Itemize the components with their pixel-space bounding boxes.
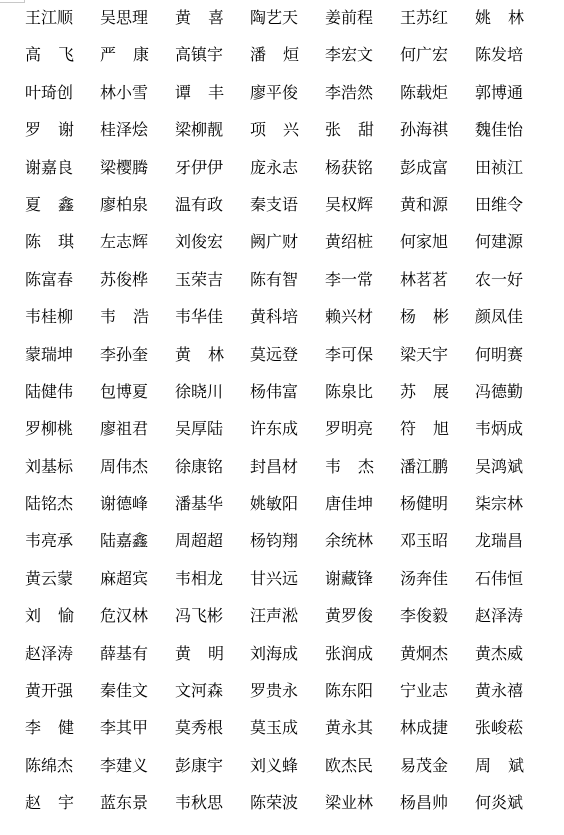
given-name: 杰 bbox=[358, 455, 374, 479]
name-entry: 周斌 bbox=[475, 754, 550, 791]
full-name: 柒宗林 bbox=[475, 492, 523, 516]
name-entry: 潘烜 bbox=[250, 43, 325, 80]
name-entry: 余统林 bbox=[325, 529, 400, 566]
name-entry: 龙瑞昌 bbox=[475, 529, 550, 566]
surname: 陈 bbox=[25, 230, 41, 254]
name-entry: 杨昌帅 bbox=[400, 791, 475, 828]
full-name: 龙瑞昌 bbox=[475, 529, 523, 553]
full-name: 何家旭 bbox=[400, 230, 448, 254]
full-name: 林成捷 bbox=[400, 716, 448, 740]
name-entry: 严康 bbox=[100, 43, 175, 80]
name-entry: 韦相龙 bbox=[175, 567, 250, 604]
full-name: 吴权辉 bbox=[325, 193, 373, 217]
full-name: 张峻菘 bbox=[475, 716, 523, 740]
full-name: 黄永其 bbox=[325, 716, 373, 740]
surname: 韦 bbox=[325, 455, 341, 479]
full-name: 吴思理 bbox=[100, 6, 148, 30]
full-name: 桂泽烩 bbox=[100, 118, 148, 142]
full-name: 左志辉 bbox=[100, 230, 148, 254]
name-two-char: 潘烜 bbox=[250, 43, 299, 67]
surname: 黄 bbox=[175, 343, 191, 367]
name-entry: 陈荣波 bbox=[250, 791, 325, 828]
name-entry: 林成捷 bbox=[400, 716, 475, 753]
full-name: 林小雪 bbox=[100, 81, 148, 105]
full-name: 黄杰威 bbox=[475, 642, 523, 666]
full-name: 黄炯杰 bbox=[400, 642, 448, 666]
full-name: 韦相龙 bbox=[175, 567, 223, 591]
name-entry: 梁柳靓 bbox=[175, 118, 250, 155]
name-entry: 吴思理 bbox=[100, 6, 175, 43]
surname: 夏 bbox=[25, 193, 41, 217]
name-two-char: 苏展 bbox=[400, 380, 449, 404]
full-name: 莫玉成 bbox=[250, 716, 298, 740]
given-name: 林 bbox=[508, 6, 524, 30]
full-name: 易茂金 bbox=[400, 754, 448, 778]
name-entry: 周超超 bbox=[175, 529, 250, 566]
full-name: 汪声淞 bbox=[250, 604, 298, 628]
name-two-char: 严康 bbox=[100, 43, 149, 67]
name-two-char: 高飞 bbox=[25, 43, 74, 67]
full-name: 麻超宾 bbox=[100, 567, 148, 591]
name-two-char: 项兴 bbox=[250, 118, 299, 142]
full-name: 潘江鹏 bbox=[400, 455, 448, 479]
name-entry: 封昌材 bbox=[250, 455, 325, 492]
name-entry: 李宏文 bbox=[325, 43, 400, 80]
name-two-char: 谭丰 bbox=[175, 81, 224, 105]
surname: 周 bbox=[475, 754, 491, 778]
surname: 杨 bbox=[400, 305, 416, 329]
full-name: 危汉林 bbox=[100, 604, 148, 628]
name-entry: 廖平俊 bbox=[250, 81, 325, 118]
full-name: 李孙奎 bbox=[100, 343, 148, 367]
name-entry: 吴厚陆 bbox=[175, 417, 250, 454]
name-entry: 陈富春 bbox=[25, 268, 100, 305]
name-entry: 蒙瑞坤 bbox=[25, 343, 100, 380]
full-name: 孙海祺 bbox=[400, 118, 448, 142]
full-name: 宁业志 bbox=[400, 679, 448, 703]
full-name: 秦佳文 bbox=[100, 679, 148, 703]
name-entry: 罗贵永 bbox=[250, 679, 325, 716]
name-entry: 陈发培 bbox=[475, 43, 550, 80]
name-two-char: 刘愉 bbox=[25, 604, 74, 628]
name-entry: 项兴 bbox=[250, 118, 325, 155]
full-name: 黄永禧 bbox=[475, 679, 523, 703]
full-name: 石伟恒 bbox=[475, 567, 523, 591]
full-name: 杨钧翔 bbox=[250, 529, 298, 553]
name-entry: 孙海祺 bbox=[400, 118, 475, 155]
name-entry: 陆健伟 bbox=[25, 380, 100, 417]
full-name: 陈载炬 bbox=[400, 81, 448, 105]
name-entry: 薛基有 bbox=[100, 642, 175, 679]
name-entry: 邓玉昭 bbox=[400, 529, 475, 566]
name-entry: 廖祖君 bbox=[100, 417, 175, 454]
name-entry: 冯德勤 bbox=[475, 380, 550, 417]
full-name: 杨健明 bbox=[400, 492, 448, 516]
full-name: 黄绍桩 bbox=[325, 230, 373, 254]
full-name: 许东成 bbox=[250, 417, 298, 441]
full-name: 苏俊桦 bbox=[100, 268, 148, 292]
full-name: 唐佳坤 bbox=[325, 492, 373, 516]
full-name: 甘兴远 bbox=[250, 567, 298, 591]
name-entry: 潘基华 bbox=[175, 492, 250, 529]
full-name: 何炎斌 bbox=[475, 791, 523, 815]
surname: 刘 bbox=[25, 604, 41, 628]
full-name: 韦秋思 bbox=[175, 791, 223, 815]
name-entry: 符旭 bbox=[400, 417, 475, 454]
name-entry: 农一好 bbox=[475, 268, 550, 305]
full-name: 梁业林 bbox=[325, 791, 373, 815]
name-entry: 牙伊伊 bbox=[175, 156, 250, 193]
full-name: 韦华佳 bbox=[175, 305, 223, 329]
full-name: 徐康铭 bbox=[175, 455, 223, 479]
name-two-char: 韦浩 bbox=[100, 305, 149, 329]
name-entry: 许东成 bbox=[250, 417, 325, 454]
name-entry: 彭康宇 bbox=[175, 754, 250, 791]
surname: 项 bbox=[250, 118, 266, 142]
name-two-char: 陈琪 bbox=[25, 230, 74, 254]
name-entry: 张润成 bbox=[325, 642, 400, 679]
full-name: 刘海成 bbox=[250, 642, 298, 666]
given-name: 展 bbox=[433, 380, 449, 404]
name-entry: 何家旭 bbox=[400, 230, 475, 267]
name-entry: 谢德峰 bbox=[100, 492, 175, 529]
name-entry: 夏鑫 bbox=[25, 193, 100, 230]
name-entry: 张甜 bbox=[325, 118, 400, 155]
name-entry: 陶艺天 bbox=[250, 6, 325, 43]
full-name: 黄科培 bbox=[250, 305, 298, 329]
surname: 谭 bbox=[175, 81, 191, 105]
name-entry: 宁业志 bbox=[400, 679, 475, 716]
name-entry: 颜凤佳 bbox=[475, 305, 550, 342]
given-name: 甜 bbox=[358, 118, 374, 142]
full-name: 李俊毅 bbox=[400, 604, 448, 628]
given-name: 兴 bbox=[283, 118, 299, 142]
name-entry: 何建源 bbox=[475, 230, 550, 267]
name-entry: 何明赛 bbox=[475, 343, 550, 380]
name-entry: 莫玉成 bbox=[250, 716, 325, 753]
surname: 韦 bbox=[100, 305, 116, 329]
name-entry: 莫秀根 bbox=[175, 716, 250, 753]
given-name: 喜 bbox=[208, 6, 224, 30]
full-name: 高镇宇 bbox=[175, 43, 223, 67]
name-two-char: 赵宇 bbox=[25, 791, 74, 815]
full-name: 姚敏阳 bbox=[250, 492, 298, 516]
name-entry: 高镇宇 bbox=[175, 43, 250, 80]
full-name: 吴厚陆 bbox=[175, 417, 223, 441]
name-entry: 姚林 bbox=[475, 6, 550, 43]
name-entry: 吴权辉 bbox=[325, 193, 400, 230]
name-entry: 李一常 bbox=[325, 268, 400, 305]
full-name: 杨伟富 bbox=[250, 380, 298, 404]
name-entry: 刘义蜂 bbox=[250, 754, 325, 791]
name-entry: 田维令 bbox=[475, 193, 550, 230]
full-name: 秦支语 bbox=[250, 193, 298, 217]
full-name: 郭博通 bbox=[475, 81, 523, 105]
name-entry: 黄科培 bbox=[250, 305, 325, 342]
full-name: 庞永志 bbox=[250, 156, 298, 180]
name-entry: 石伟恒 bbox=[475, 567, 550, 604]
name-two-char: 张甜 bbox=[325, 118, 374, 142]
name-entry: 秦支语 bbox=[250, 193, 325, 230]
name-entry: 陈绵杰 bbox=[25, 754, 100, 791]
given-name: 浩 bbox=[133, 305, 149, 329]
name-entry: 赵泽涛 bbox=[475, 604, 550, 641]
name-entry: 赵宇 bbox=[25, 791, 100, 828]
name-two-char: 黄喜 bbox=[175, 6, 224, 30]
name-entry: 阙广财 bbox=[250, 230, 325, 267]
full-name: 梁樱腾 bbox=[100, 156, 148, 180]
name-entry: 谢嘉良 bbox=[25, 156, 100, 193]
name-entry: 黄和源 bbox=[400, 193, 475, 230]
full-name: 赵泽涛 bbox=[25, 642, 73, 666]
name-entry: 梁樱腾 bbox=[100, 156, 175, 193]
name-entry: 李其甲 bbox=[100, 716, 175, 753]
full-name: 颜凤佳 bbox=[475, 305, 523, 329]
name-entry: 郭博通 bbox=[475, 81, 550, 118]
full-name: 何明赛 bbox=[475, 343, 523, 367]
name-entry: 黄喜 bbox=[175, 6, 250, 43]
full-name: 莫远登 bbox=[250, 343, 298, 367]
full-name: 罗贵永 bbox=[250, 679, 298, 703]
given-name: 鑫 bbox=[58, 193, 74, 217]
full-name: 陆嘉鑫 bbox=[100, 529, 148, 553]
name-entry: 赵泽涛 bbox=[25, 642, 100, 679]
name-entry: 易茂金 bbox=[400, 754, 475, 791]
full-name: 赖兴材 bbox=[325, 305, 373, 329]
surname: 严 bbox=[100, 43, 116, 67]
given-name: 健 bbox=[58, 716, 74, 740]
name-entry: 谭丰 bbox=[175, 81, 250, 118]
full-name: 阙广财 bbox=[250, 230, 298, 254]
name-entry: 左志辉 bbox=[100, 230, 175, 267]
name-entry: 徐晓川 bbox=[175, 380, 250, 417]
full-name: 吴鸿斌 bbox=[475, 455, 523, 479]
full-name: 张润成 bbox=[325, 642, 373, 666]
full-name: 黄开强 bbox=[25, 679, 73, 703]
full-name: 田维令 bbox=[475, 193, 523, 217]
name-entry: 陆铭杰 bbox=[25, 492, 100, 529]
full-name: 田祯江 bbox=[475, 156, 523, 180]
name-entry: 陆嘉鑫 bbox=[100, 529, 175, 566]
name-entry: 柒宗林 bbox=[475, 492, 550, 529]
name-entry: 汪声淞 bbox=[250, 604, 325, 641]
full-name: 姜前程 bbox=[325, 6, 373, 30]
name-entry: 张峻菘 bbox=[475, 716, 550, 753]
name-entry: 黄杰威 bbox=[475, 642, 550, 679]
full-name: 韦亮承 bbox=[25, 529, 73, 553]
name-entry: 刘俊宏 bbox=[175, 230, 250, 267]
name-entry: 陈琪 bbox=[25, 230, 100, 267]
surname: 黄 bbox=[175, 642, 191, 666]
given-name: 旭 bbox=[433, 417, 449, 441]
name-entry: 欧杰民 bbox=[325, 754, 400, 791]
name-entry: 黄永禧 bbox=[475, 679, 550, 716]
name-entry: 周伟杰 bbox=[100, 455, 175, 492]
given-name: 康 bbox=[133, 43, 149, 67]
full-name: 文河森 bbox=[175, 679, 223, 703]
name-entry: 赖兴材 bbox=[325, 305, 400, 342]
given-name: 烜 bbox=[283, 43, 299, 67]
full-name: 蒙瑞坤 bbox=[25, 343, 73, 367]
name-two-char: 韦杰 bbox=[325, 455, 374, 479]
given-name: 明 bbox=[208, 642, 224, 666]
full-name: 刘俊宏 bbox=[175, 230, 223, 254]
name-entry: 罗柳桃 bbox=[25, 417, 100, 454]
full-name: 李可保 bbox=[325, 343, 373, 367]
name-entry: 黄林 bbox=[175, 343, 250, 380]
name-entry: 刘愉 bbox=[25, 604, 100, 641]
full-name: 包博夏 bbox=[100, 380, 148, 404]
name-entry: 徐康铭 bbox=[175, 455, 250, 492]
name-entry: 黄罗俊 bbox=[325, 604, 400, 641]
name-entry: 刘基标 bbox=[25, 455, 100, 492]
name-entry: 唐佳坤 bbox=[325, 492, 400, 529]
name-entry: 包博夏 bbox=[100, 380, 175, 417]
full-name: 杨昌帅 bbox=[400, 791, 448, 815]
surname: 黄 bbox=[175, 6, 191, 30]
name-entry: 王江顺 bbox=[25, 6, 100, 43]
name-entry: 蓝东景 bbox=[100, 791, 175, 828]
name-two-char: 黄林 bbox=[175, 343, 224, 367]
name-entry: 罗明亮 bbox=[325, 417, 400, 454]
name-entry: 黄永其 bbox=[325, 716, 400, 753]
name-entry: 莫远登 bbox=[250, 343, 325, 380]
full-name: 廖祖君 bbox=[100, 417, 148, 441]
full-name: 潘基华 bbox=[175, 492, 223, 516]
full-name: 陈绵杰 bbox=[25, 754, 73, 778]
given-name: 斌 bbox=[508, 754, 524, 778]
full-name: 陈荣波 bbox=[250, 791, 298, 815]
name-entry: 李健 bbox=[25, 716, 100, 753]
name-entry: 苏展 bbox=[400, 380, 475, 417]
name-entry: 刘海成 bbox=[250, 642, 325, 679]
given-name: 愉 bbox=[58, 604, 74, 628]
full-name: 陈有智 bbox=[250, 268, 298, 292]
name-entry: 李俊毅 bbox=[400, 604, 475, 641]
full-name: 何广宏 bbox=[400, 43, 448, 67]
name-entry: 梁业林 bbox=[325, 791, 400, 828]
name-entry: 杨彬 bbox=[400, 305, 475, 342]
full-name: 林茗茗 bbox=[400, 268, 448, 292]
given-name: 飞 bbox=[58, 43, 74, 67]
full-name: 谢德峰 bbox=[100, 492, 148, 516]
name-entry: 杨健明 bbox=[400, 492, 475, 529]
name-entry: 黄炯杰 bbox=[400, 642, 475, 679]
surname: 罗 bbox=[25, 118, 41, 142]
name-entry: 吴鸿斌 bbox=[475, 455, 550, 492]
full-name: 周伟杰 bbox=[100, 455, 148, 479]
surname: 符 bbox=[400, 417, 416, 441]
name-entry: 李可保 bbox=[325, 343, 400, 380]
name-entry: 文河森 bbox=[175, 679, 250, 716]
full-name: 邓玉昭 bbox=[400, 529, 448, 553]
given-name: 谢 bbox=[58, 118, 74, 142]
given-name: 林 bbox=[208, 343, 224, 367]
name-entry: 廖柏泉 bbox=[100, 193, 175, 230]
name-two-char: 李健 bbox=[25, 716, 74, 740]
name-entry: 李浩然 bbox=[325, 81, 400, 118]
full-name: 赵泽涛 bbox=[475, 604, 523, 628]
full-name: 韦桂柳 bbox=[25, 305, 73, 329]
surname: 潘 bbox=[250, 43, 266, 67]
name-entry: 韦亮承 bbox=[25, 529, 100, 566]
surname: 赵 bbox=[25, 791, 41, 815]
name-entry: 林小雪 bbox=[100, 81, 175, 118]
name-entry: 林茗茗 bbox=[400, 268, 475, 305]
name-entry: 玉荣吉 bbox=[175, 268, 250, 305]
name-entry: 谢藏锋 bbox=[325, 567, 400, 604]
full-name: 梁柳靓 bbox=[175, 118, 223, 142]
full-name: 冯德勤 bbox=[475, 380, 523, 404]
full-name: 陈东阳 bbox=[325, 679, 373, 703]
full-name: 刘义蜂 bbox=[250, 754, 298, 778]
name-entry: 韦炳成 bbox=[475, 417, 550, 454]
name-entry: 麻超宾 bbox=[100, 567, 175, 604]
full-name: 王苏红 bbox=[400, 6, 448, 30]
name-two-char: 罗谢 bbox=[25, 118, 74, 142]
full-name: 冯飞彬 bbox=[175, 604, 223, 628]
name-entry: 陈泉比 bbox=[325, 380, 400, 417]
name-entry: 危汉林 bbox=[100, 604, 175, 641]
full-name: 梁天宇 bbox=[400, 343, 448, 367]
name-entry: 甘兴远 bbox=[250, 567, 325, 604]
full-name: 谢藏锋 bbox=[325, 567, 373, 591]
page-corner-mark bbox=[0, 0, 25, 3]
surname: 李 bbox=[25, 716, 41, 740]
full-name: 彭成富 bbox=[400, 156, 448, 180]
name-entry: 罗谢 bbox=[25, 118, 100, 155]
name-entry: 温有政 bbox=[175, 193, 250, 230]
name-entry: 韦桂柳 bbox=[25, 305, 100, 342]
surname: 高 bbox=[25, 43, 41, 67]
name-entry: 黄云蒙 bbox=[25, 567, 100, 604]
name-entry: 韦秋思 bbox=[175, 791, 250, 828]
surname: 姚 bbox=[475, 6, 491, 30]
name-entry: 田祯江 bbox=[475, 156, 550, 193]
name-two-char: 夏鑫 bbox=[25, 193, 74, 217]
name-entry: 何广宏 bbox=[400, 43, 475, 80]
name-entry: 彭成富 bbox=[400, 156, 475, 193]
full-name: 李一常 bbox=[325, 268, 373, 292]
full-name: 汤奔佳 bbox=[400, 567, 448, 591]
name-entry: 黄绍桩 bbox=[325, 230, 400, 267]
name-entry: 庞永志 bbox=[250, 156, 325, 193]
name-entry: 陈有智 bbox=[250, 268, 325, 305]
full-name: 蓝东景 bbox=[100, 791, 148, 815]
name-entry: 杨钧翔 bbox=[250, 529, 325, 566]
name-entry: 叶琦创 bbox=[25, 81, 100, 118]
full-name: 杨获铭 bbox=[325, 156, 373, 180]
full-name: 陆健伟 bbox=[25, 380, 73, 404]
name-two-char: 黄明 bbox=[175, 642, 224, 666]
full-name: 封昌材 bbox=[250, 455, 298, 479]
name-entry: 韦杰 bbox=[325, 455, 400, 492]
full-name: 陈发培 bbox=[475, 43, 523, 67]
name-entry: 杨获铭 bbox=[325, 156, 400, 193]
full-name: 谢嘉良 bbox=[25, 156, 73, 180]
full-name: 廖平俊 bbox=[250, 81, 298, 105]
name-entry: 韦华佳 bbox=[175, 305, 250, 342]
full-name: 何建源 bbox=[475, 230, 523, 254]
full-name: 牙伊伊 bbox=[175, 156, 223, 180]
surname: 苏 bbox=[400, 380, 416, 404]
full-name: 莫秀根 bbox=[175, 716, 223, 740]
given-name: 宇 bbox=[58, 791, 74, 815]
name-list-grid: 王江顺吴思理黄喜陶艺天姜前程王苏红姚林高飞严康高镇宇潘烜李宏文何广宏陈发培叶琦创… bbox=[25, 6, 550, 829]
full-name: 温有政 bbox=[175, 193, 223, 217]
full-name: 韦炳成 bbox=[475, 417, 523, 441]
name-entry: 冯飞彬 bbox=[175, 604, 250, 641]
